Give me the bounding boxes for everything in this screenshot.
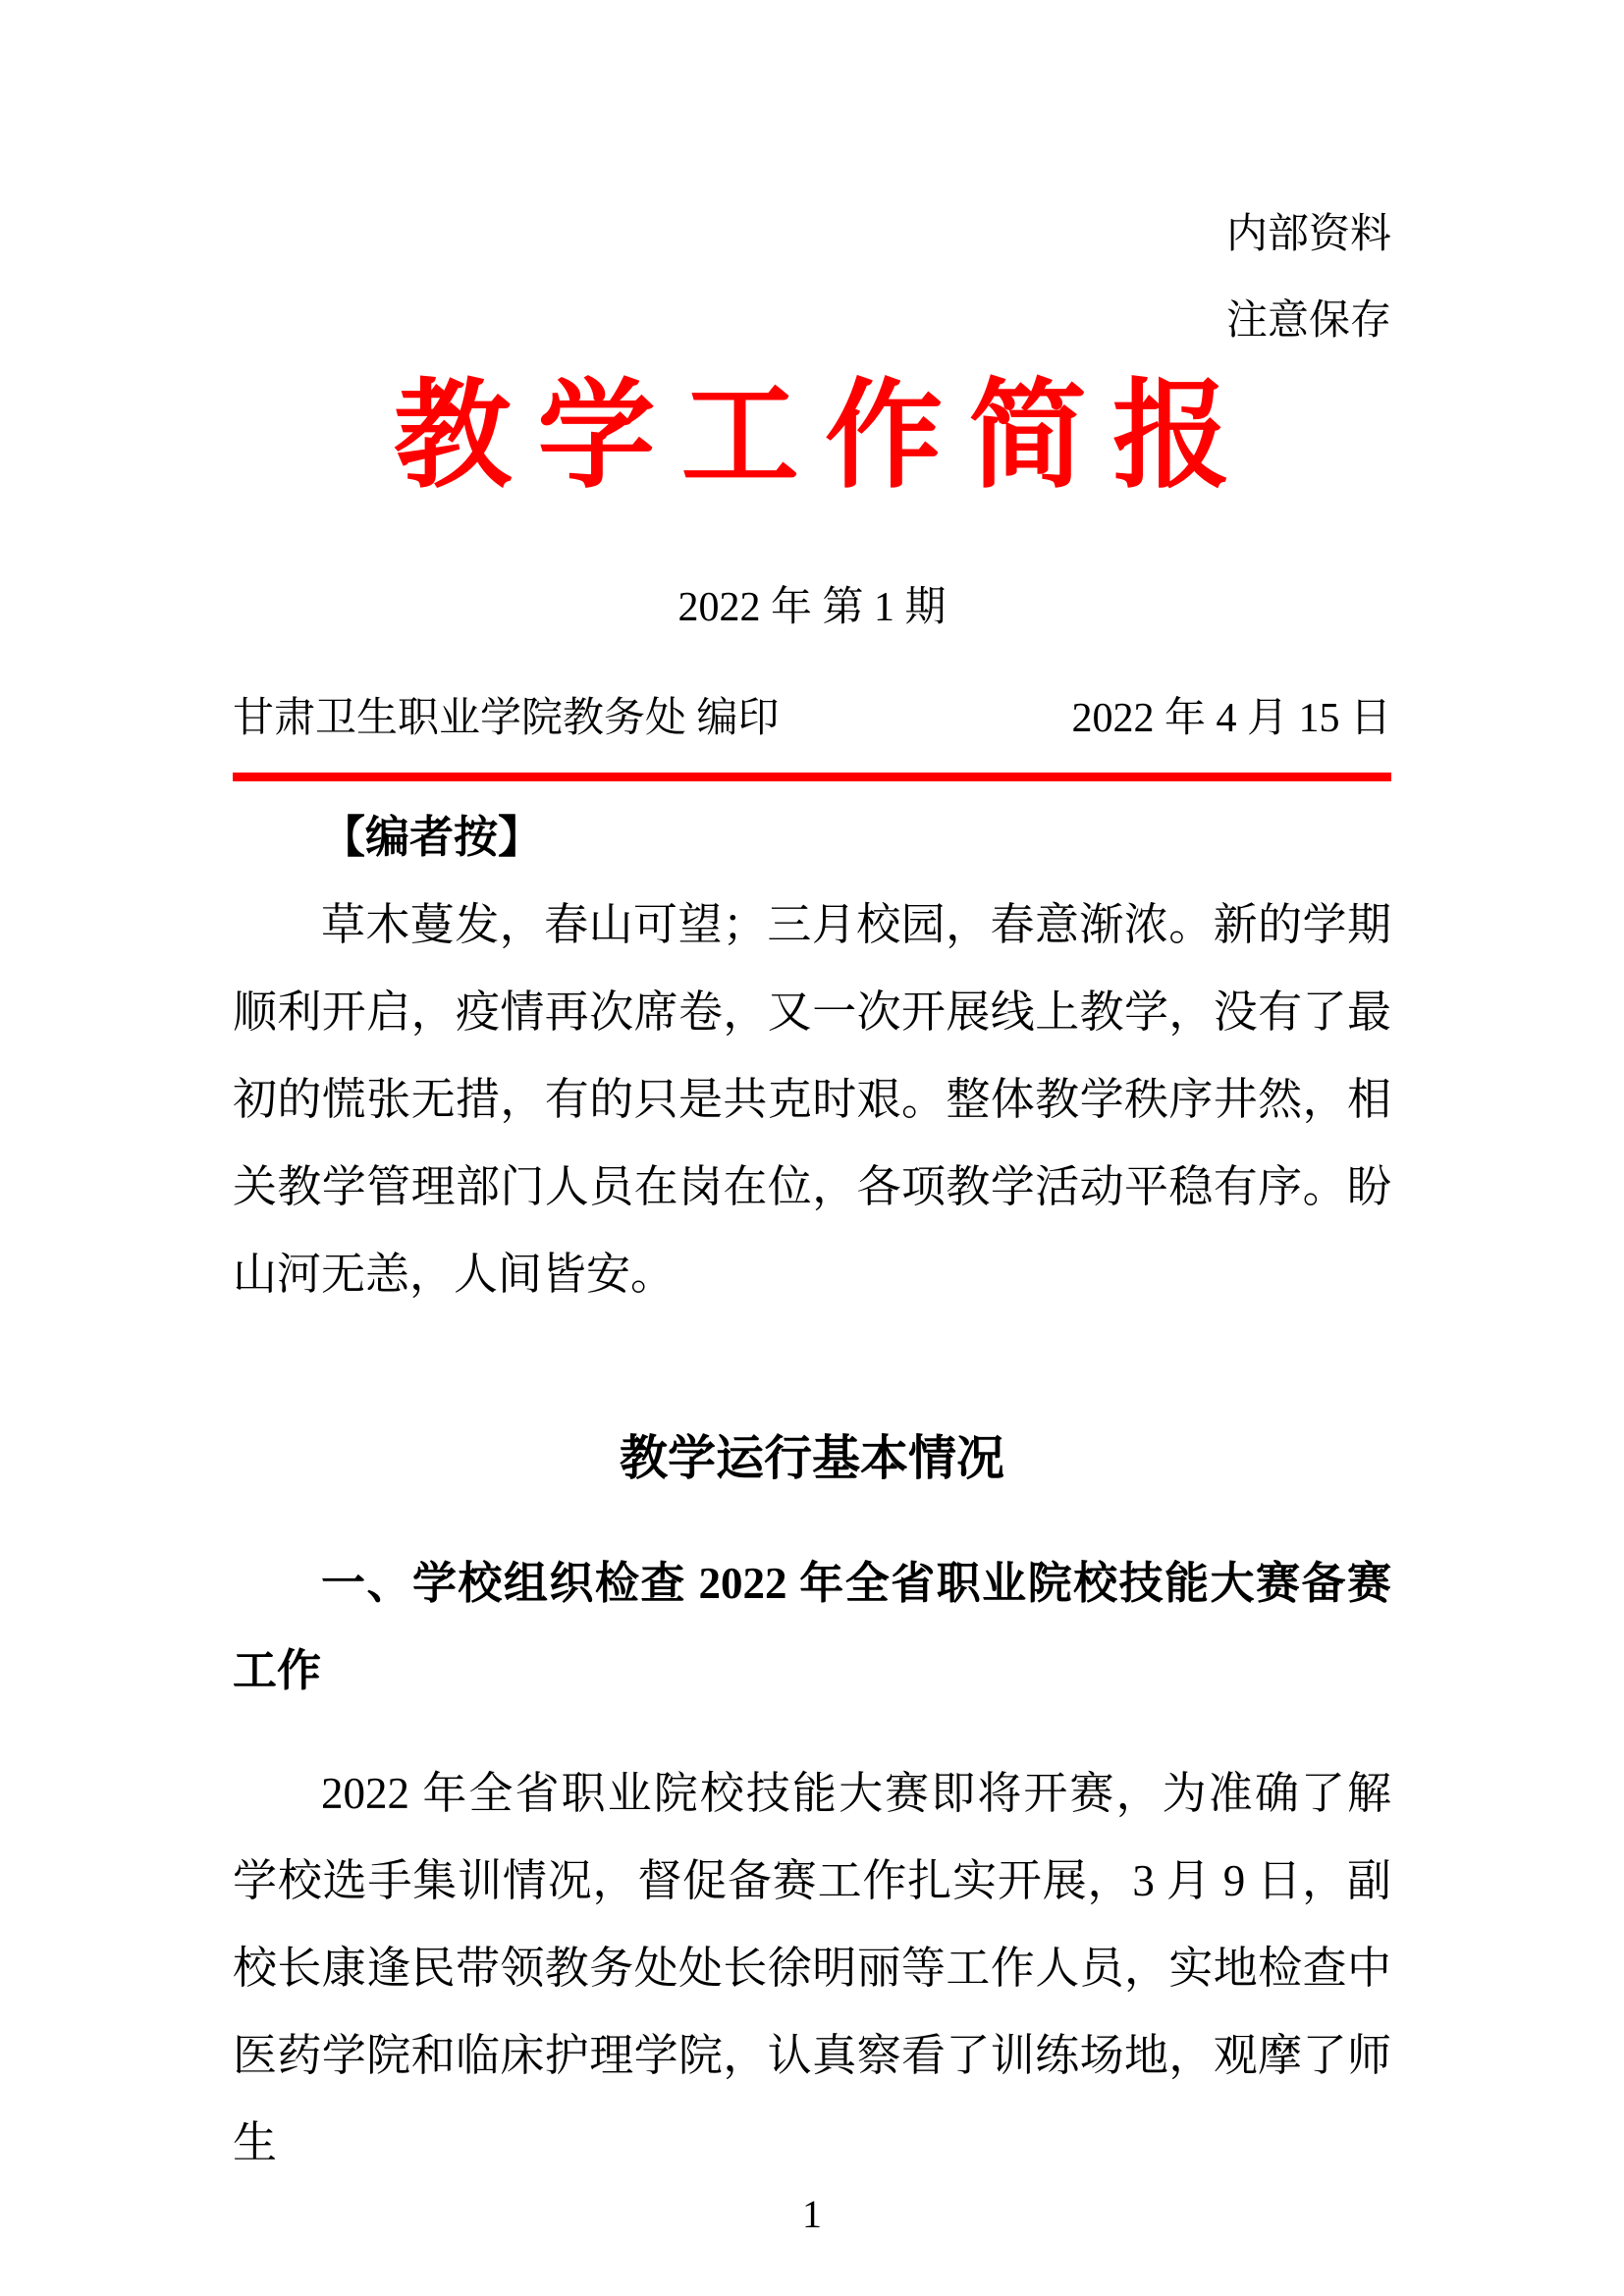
classification-line-2: 注意保存: [233, 278, 1391, 364]
publish-date: 2022 年 4 月 15 日: [1071, 688, 1391, 749]
document-title: 教学工作简报: [233, 366, 1391, 507]
editor-note-label: 【编者按】: [233, 803, 1391, 872]
section-main-heading: 教学运行基本情况: [233, 1428, 1391, 1489]
red-divider-rule: [233, 773, 1391, 781]
document-content: 内部资料 注意保存 教学工作简报 2022 年 第 1 期 甘肃卫生职业学院教务…: [0, 0, 1624, 2187]
editor-note-body: 草木蔓发，春山可望；三月校园，春意渐浓。新的学期顺利开启，疫情再次席卷，又一次开…: [233, 881, 1391, 1318]
issue-line: 2022 年 第 1 期: [233, 564, 1391, 651]
publisher-row: 甘肃卫生职业学院教务处 编印 2022 年 4 月 15 日: [233, 688, 1391, 749]
document-page: 内部资料 注意保存 教学工作简报 2022 年 第 1 期 甘肃卫生职业学院教务…: [0, 0, 1624, 2296]
classification-line-1: 内部资料: [233, 191, 1391, 278]
publisher-name: 甘肃卫生职业学院教务处 编印: [233, 688, 780, 749]
section-item1-heading: 一、学校组织检查 2022 年全省职业院校技能大赛备赛工作: [233, 1540, 1391, 1715]
classification-block: 内部资料 注意保存: [233, 191, 1391, 364]
section-item1-body: 2022 年全省职业院校技能大赛即将开赛，为准确了解学校选手集训情况，督促备赛工…: [233, 1750, 1391, 2187]
page-number: 1: [0, 2191, 1624, 2238]
